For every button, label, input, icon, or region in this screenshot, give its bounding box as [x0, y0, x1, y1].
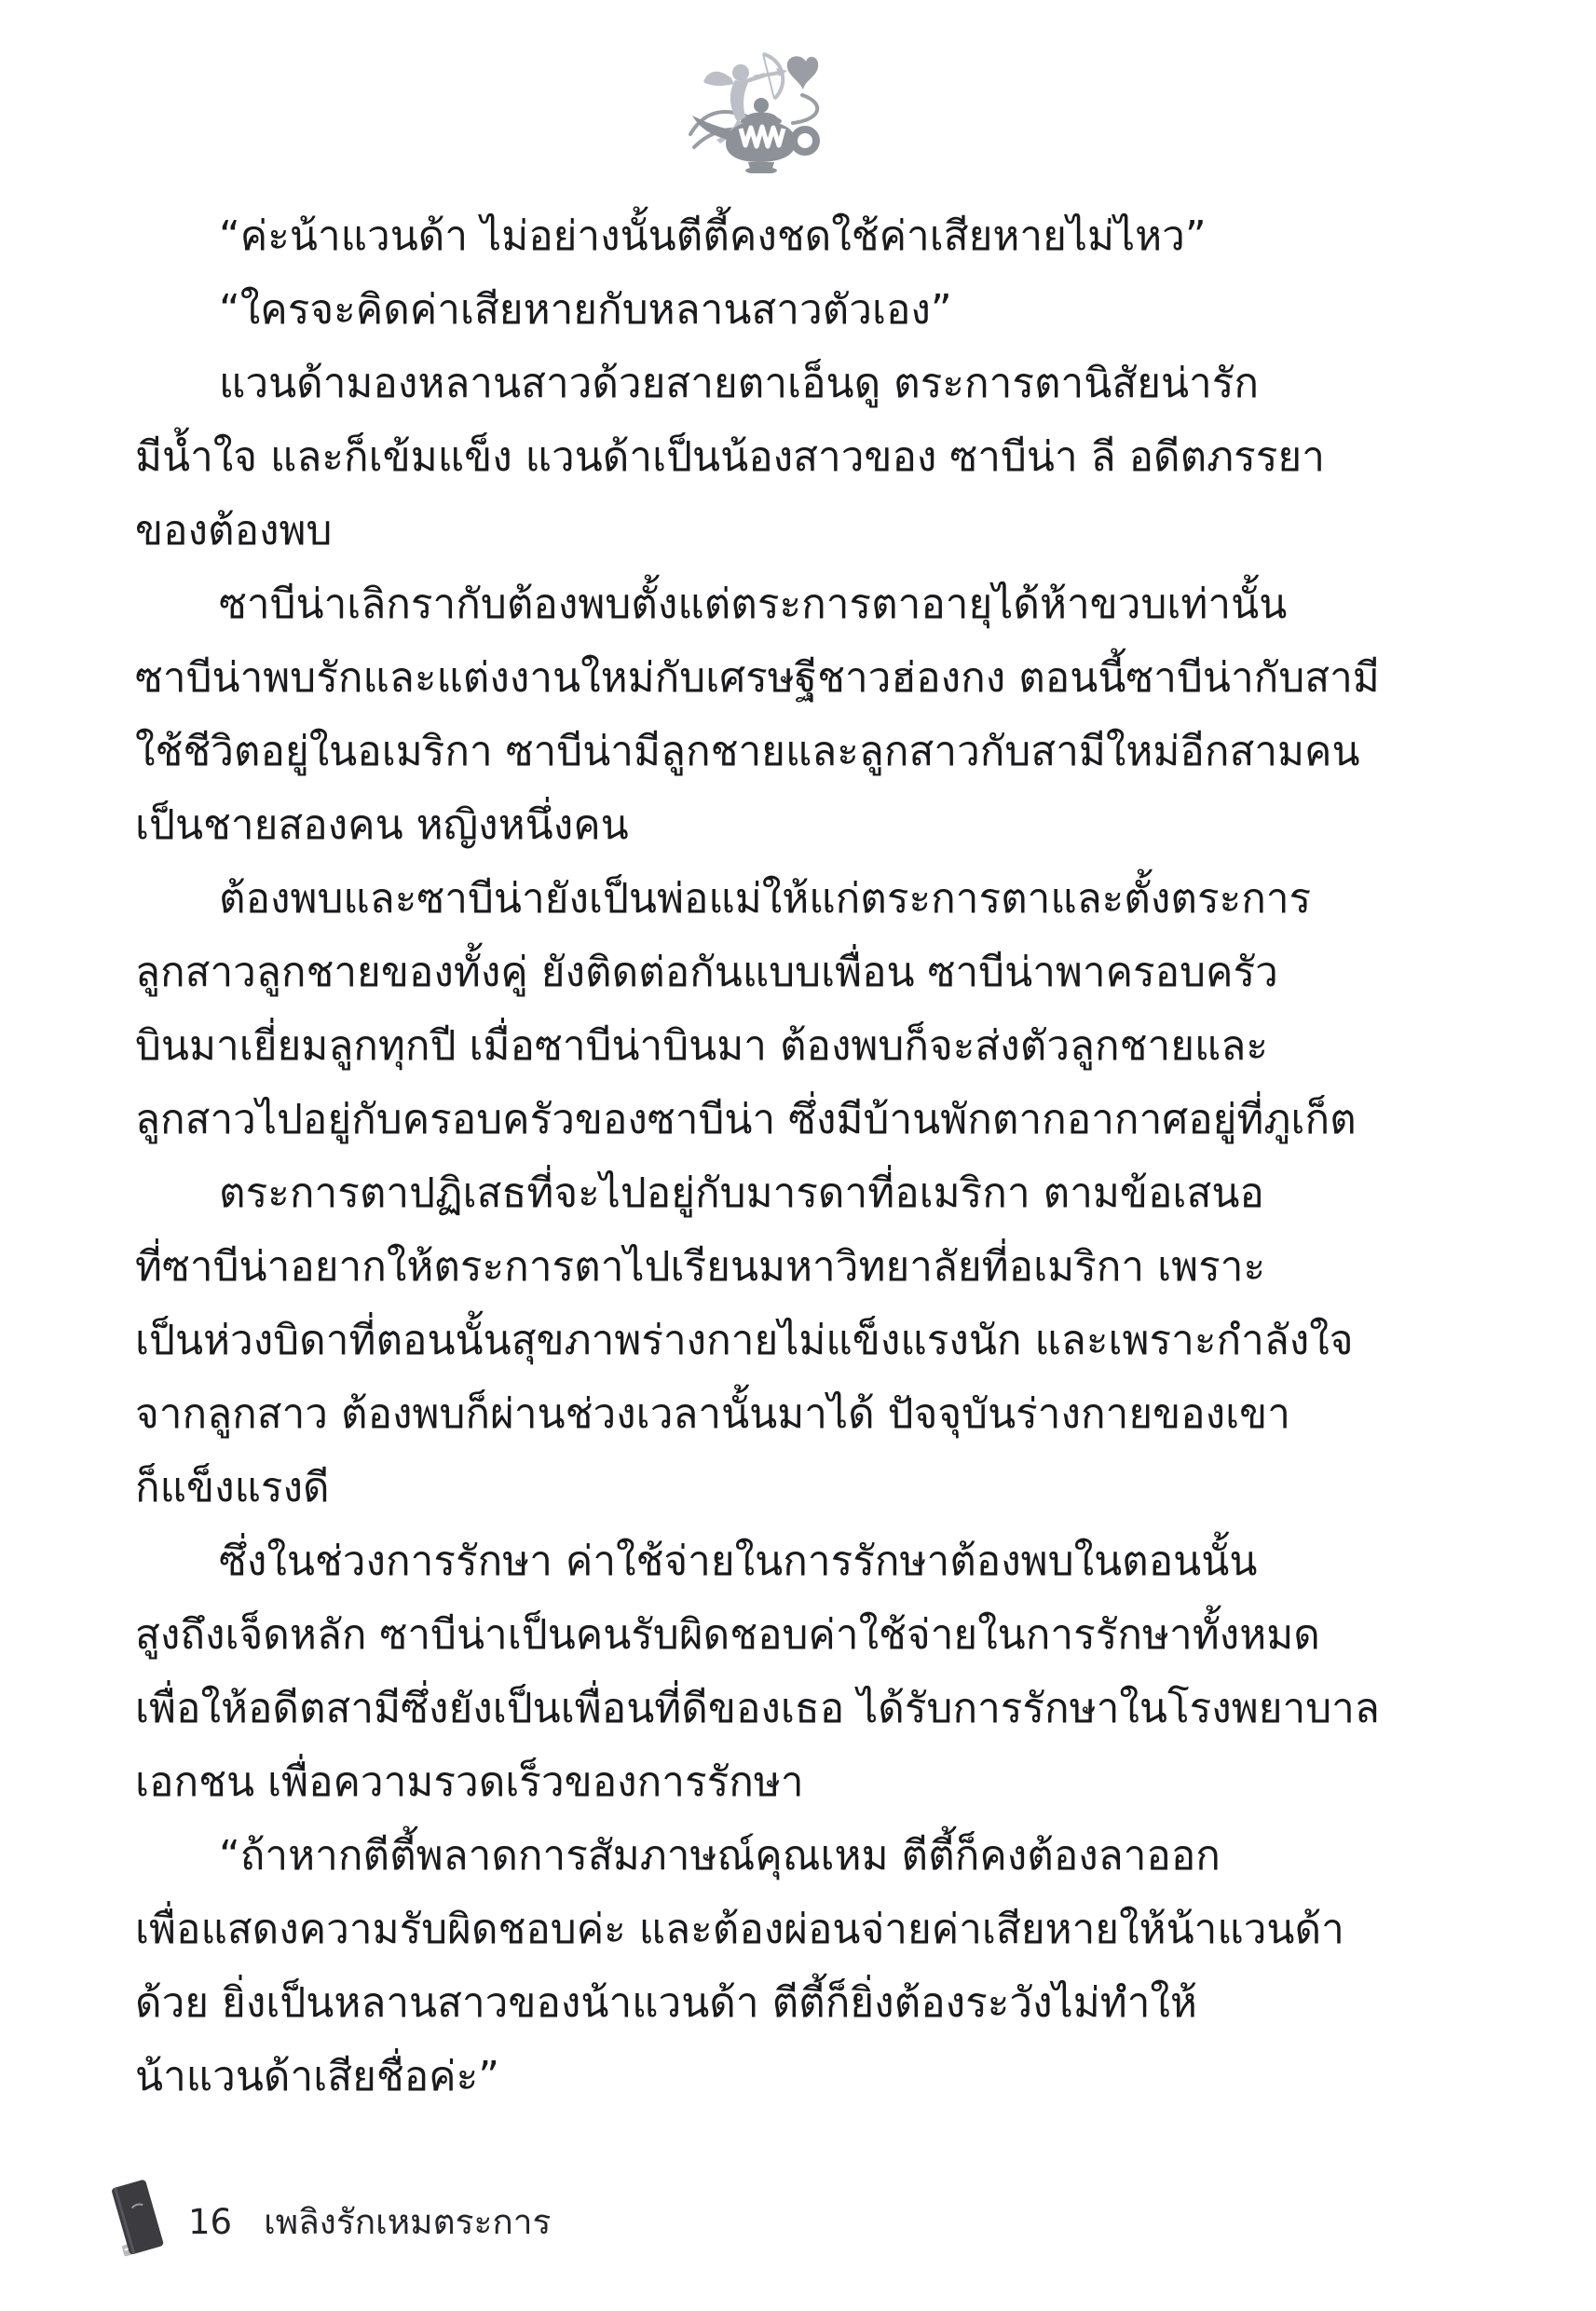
- text-line: มีน้ำใจ และก็เข้มแข็ง แวนด้าเป็นน้องสาวข…: [135, 420, 1480, 494]
- text-line: บินมาเยี่ยมลูกทุกปี เมื่อซาบีน่าบินมา ต้…: [135, 1009, 1480, 1083]
- text-line: ด้วย ยิ่งเป็นหลานสาวของน้าแวนด้า ตีตี้ก็…: [135, 1966, 1480, 2040]
- text-line: ลูกสาวลูกชายของทั้งคู่ ยังติดต่อกันแบบเพ…: [135, 936, 1480, 1009]
- text-line: สูงถึงเจ็ดหลัก ซาบีน่าเป็นคนรับผิดชอบค่า…: [135, 1598, 1480, 1672]
- text-line: ก็แข็งแรงดี: [135, 1451, 1480, 1525]
- book-icon: [110, 2179, 168, 2264]
- text-line: “ใครจะคิดค่าเสียหายกับหลานสาวตัวเอง”: [135, 273, 1480, 347]
- text-line: ที่ซาบีน่าอยากให้ตระการตาไปเรียนมหาวิทยา…: [135, 1230, 1480, 1304]
- book-title: เพลิงรักเหมตระการ: [264, 2195, 551, 2249]
- book-page: “ค่ะน้าแวนด้า ไม่อย่างนั้นตีตี้คงชดใช้ค่…: [0, 0, 1596, 2311]
- body-text: “ค่ะน้าแวนด้า ไม่อย่างนั้นตีตี้คงชดใช้ค่…: [135, 199, 1480, 2113]
- page-footer: 16 เพลิงรักเหมตระการ: [110, 2179, 551, 2264]
- text-line: ซาบีน่าเลิกรากับต้องพบตั้งแต่ตระการตาอาย…: [135, 567, 1480, 641]
- text-line: แวนด้ามองหลานสาวด้วยสายตาเอ็นดู ตระการตา…: [135, 347, 1480, 420]
- text-line: ซึ่งในช่วงการรักษา ค่าใช้จ่ายในการรักษาต…: [135, 1525, 1480, 1598]
- text-line: เอกชน เพื่อความรวดเร็วของการรักษา: [135, 1745, 1480, 1819]
- text-line: จากลูกสาว ต้องพบก็ผ่านช่วงเวลานั้นมาได้ …: [135, 1377, 1480, 1451]
- text-line: เพื่อให้อดีตสามีซึ่งยังเป็นเพื่อนที่ดีขอ…: [135, 1672, 1480, 1745]
- text-line: ต้องพบและซาบีน่ายังเป็นพ่อแม่ให้แก่ตระกา…: [135, 862, 1480, 936]
- text-line: “ถ้าหากตีตี้พลาดการสัมภาษณ์คุณเหม ตีตี้ก…: [135, 1819, 1480, 1893]
- text-line: ซาบีน่าพบรักและแต่งงานใหม่กับเศรษฐีชาวฮ่…: [135, 641, 1480, 715]
- text-line: เพื่อแสดงความรับผิดชอบค่ะ และต้องผ่อนจ่า…: [135, 1893, 1480, 1966]
- text-line: เป็นห่วงบิดาที่ตอนนั้นสุขภาพร่างกายไม่แข…: [135, 1304, 1480, 1377]
- text-line: น้าแวนด้าเสียชื่อค่ะ”: [135, 2040, 1480, 2113]
- text-line: ตระการตาปฏิเสธที่จะไปอยู่กับมารดาที่อเมร…: [135, 1156, 1480, 1230]
- text-line: ลูกสาวไปอยู่กับครอบครัวของซาบีน่า ซึ่งมี…: [135, 1083, 1480, 1156]
- cupid-genie-lamp-ornament-icon: [683, 41, 837, 173]
- text-line: ของต้องพบ: [135, 494, 1480, 567]
- text-line: เป็นชายสองคน หญิงหนึ่งคน: [135, 788, 1480, 862]
- page-number: 16: [188, 2202, 232, 2242]
- text-line: “ค่ะน้าแวนด้า ไม่อย่างนั้นตีตี้คงชดใช้ค่…: [135, 199, 1480, 273]
- text-line: ใช้ชีวิตอยู่ในอเมริกา ซาบีน่ามีลูกชายและ…: [135, 715, 1480, 788]
